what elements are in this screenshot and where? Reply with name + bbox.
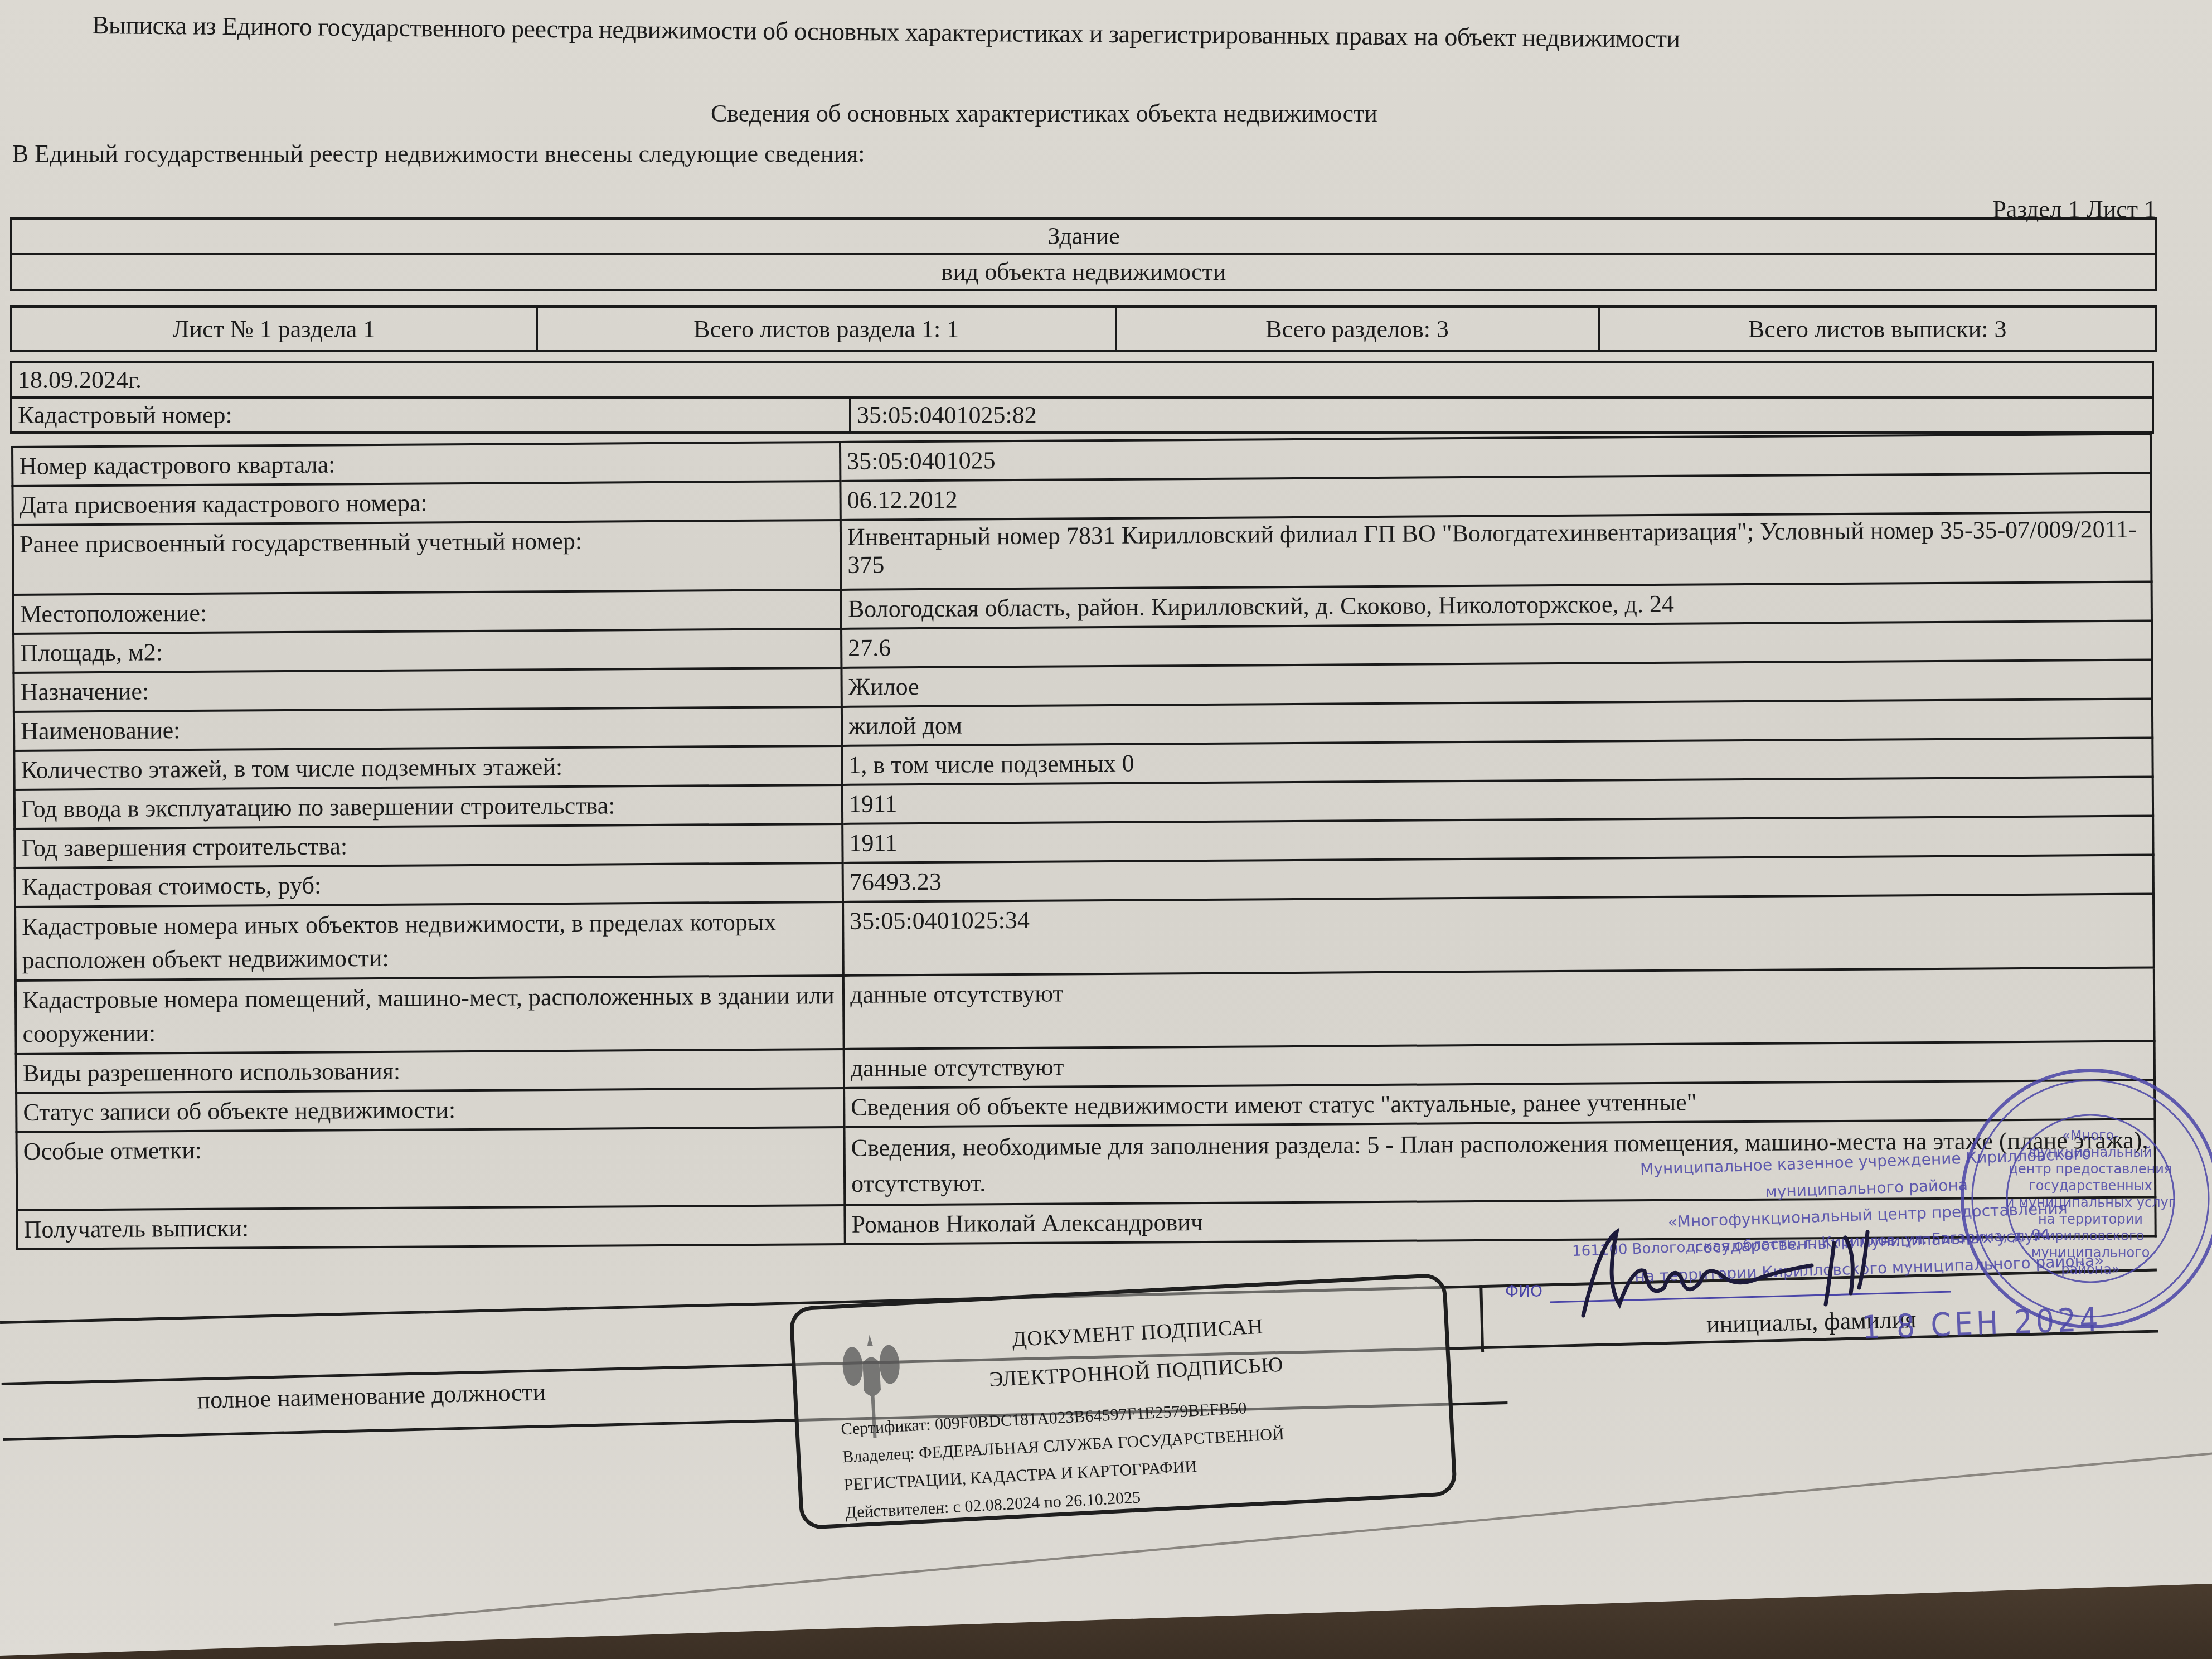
row-label: Ранее присвоенный государственный учетны… bbox=[13, 520, 841, 595]
object-type-table: Здание вид объекта недвижимости bbox=[10, 217, 2157, 291]
row-label: Дата присвоения кадастрового номера: bbox=[12, 481, 840, 525]
row-label: Особые отметки: bbox=[17, 1127, 845, 1210]
svg-text:«Много-: «Много- bbox=[2062, 1128, 2119, 1143]
svg-text:и муниципальных услуг: и муниципальных услуг bbox=[2006, 1195, 2176, 1210]
row-label: Наименование: bbox=[14, 707, 842, 751]
object-type-caption: вид объекта недвижимости bbox=[11, 254, 2156, 290]
svg-text:района»: района» bbox=[2061, 1262, 2119, 1277]
svg-text:государственных: государственных bbox=[2029, 1178, 2152, 1194]
row-value: Инвентарный номер 7831 Кирилловский фили… bbox=[841, 512, 2152, 590]
position-caption: полное наименование должности bbox=[197, 1377, 546, 1414]
table-row: Ранее присвоенный государственный учетны… bbox=[13, 512, 2152, 595]
row-label: Кадастровые номера помещений, машино-мес… bbox=[16, 976, 844, 1054]
characteristics-table: Номер кадастрового квартала:35:05:040102… bbox=[11, 433, 2157, 1250]
section-sheets-total: Всего листов раздела 1: 1 bbox=[537, 307, 1116, 351]
esig-title-line1: ДОКУМЕНТ ПОДПИСАН bbox=[1011, 1314, 1264, 1352]
row-label: Кадастровая стоимость, руб: bbox=[15, 863, 843, 907]
svg-text:центр предоставления: центр предоставления bbox=[2009, 1161, 2172, 1177]
row-label: Количество этажей, в том числе подземных… bbox=[14, 746, 842, 790]
row-label: Год ввода в эксплуатацию по завершении с… bbox=[14, 785, 842, 829]
date-cadastral-table: 18.09.2024г. Кадастровый номер: 35:05:04… bbox=[10, 361, 2154, 434]
extract-sheets-total: Всего листов выписки: 3 bbox=[1599, 307, 2157, 351]
row-label: Год завершения строительства: bbox=[14, 824, 842, 868]
table-row: Кадастровые номера помещений, машино-мес… bbox=[16, 968, 2155, 1054]
row-label: Назначение: bbox=[13, 668, 841, 712]
sheet-number: Лист № 1 раздела 1 bbox=[11, 307, 537, 351]
row-label: Получатель выписки: bbox=[17, 1205, 845, 1249]
esig-title-line2: ЭЛЕКТРОННОЙ ПОДПИСЬЮ bbox=[988, 1352, 1284, 1393]
handwritten-signature-icon bbox=[1566, 1221, 1957, 1321]
object-type: Здание bbox=[11, 219, 2156, 254]
extract-date: 18.09.2024г. bbox=[11, 362, 2153, 397]
section-title: Сведения об основных характеристиках объ… bbox=[711, 99, 1377, 128]
svg-text:на территории: на территории bbox=[2038, 1211, 2143, 1227]
fio-label: ФИО bbox=[1505, 1282, 1542, 1301]
row-label: Площадь, м2: bbox=[13, 629, 841, 673]
divider bbox=[1479, 1285, 1484, 1352]
row-label: Виды разрешенного использования: bbox=[16, 1049, 844, 1093]
table-row: Кадастровые номера иных объектов недвижи… bbox=[15, 894, 2154, 981]
sheet-info-table: Лист № 1 раздела 1 Всего листов раздела … bbox=[10, 305, 2157, 352]
svg-text:функциональный: функциональный bbox=[2029, 1144, 2152, 1160]
row-value: 35:05:0401025:34 bbox=[843, 894, 2154, 976]
svg-text:Кирилловского: Кирилловского bbox=[2037, 1228, 2145, 1244]
row-value: данные отсутствуют bbox=[843, 968, 2155, 1049]
cadastral-number-label: Кадастровый номер: bbox=[11, 397, 850, 433]
intro-text: В Единый государственный реестр недвижим… bbox=[12, 139, 865, 168]
electronic-signature-box: ДОКУМЕНТ ПОДПИСАН ЭЛЕКТРОННОЙ ПОДПИСЬЮ С… bbox=[789, 1273, 1457, 1530]
cadastral-number-value: 35:05:0401025:82 bbox=[850, 397, 2153, 433]
row-label: Статус записи об объекте недвижимости: bbox=[16, 1088, 844, 1132]
round-seal-icon: «Много- функциональный центр предоставле… bbox=[1951, 1042, 2212, 1355]
row-label: Номер кадастрового квартала: bbox=[12, 442, 840, 486]
sections-total: Всего разделов: 3 bbox=[1116, 307, 1599, 351]
svg-text:муниципального: муниципального bbox=[2031, 1245, 2150, 1260]
row-label: Кадастровые номера иных объектов недвижи… bbox=[15, 902, 843, 981]
row-label: Местоположение: bbox=[13, 590, 841, 634]
